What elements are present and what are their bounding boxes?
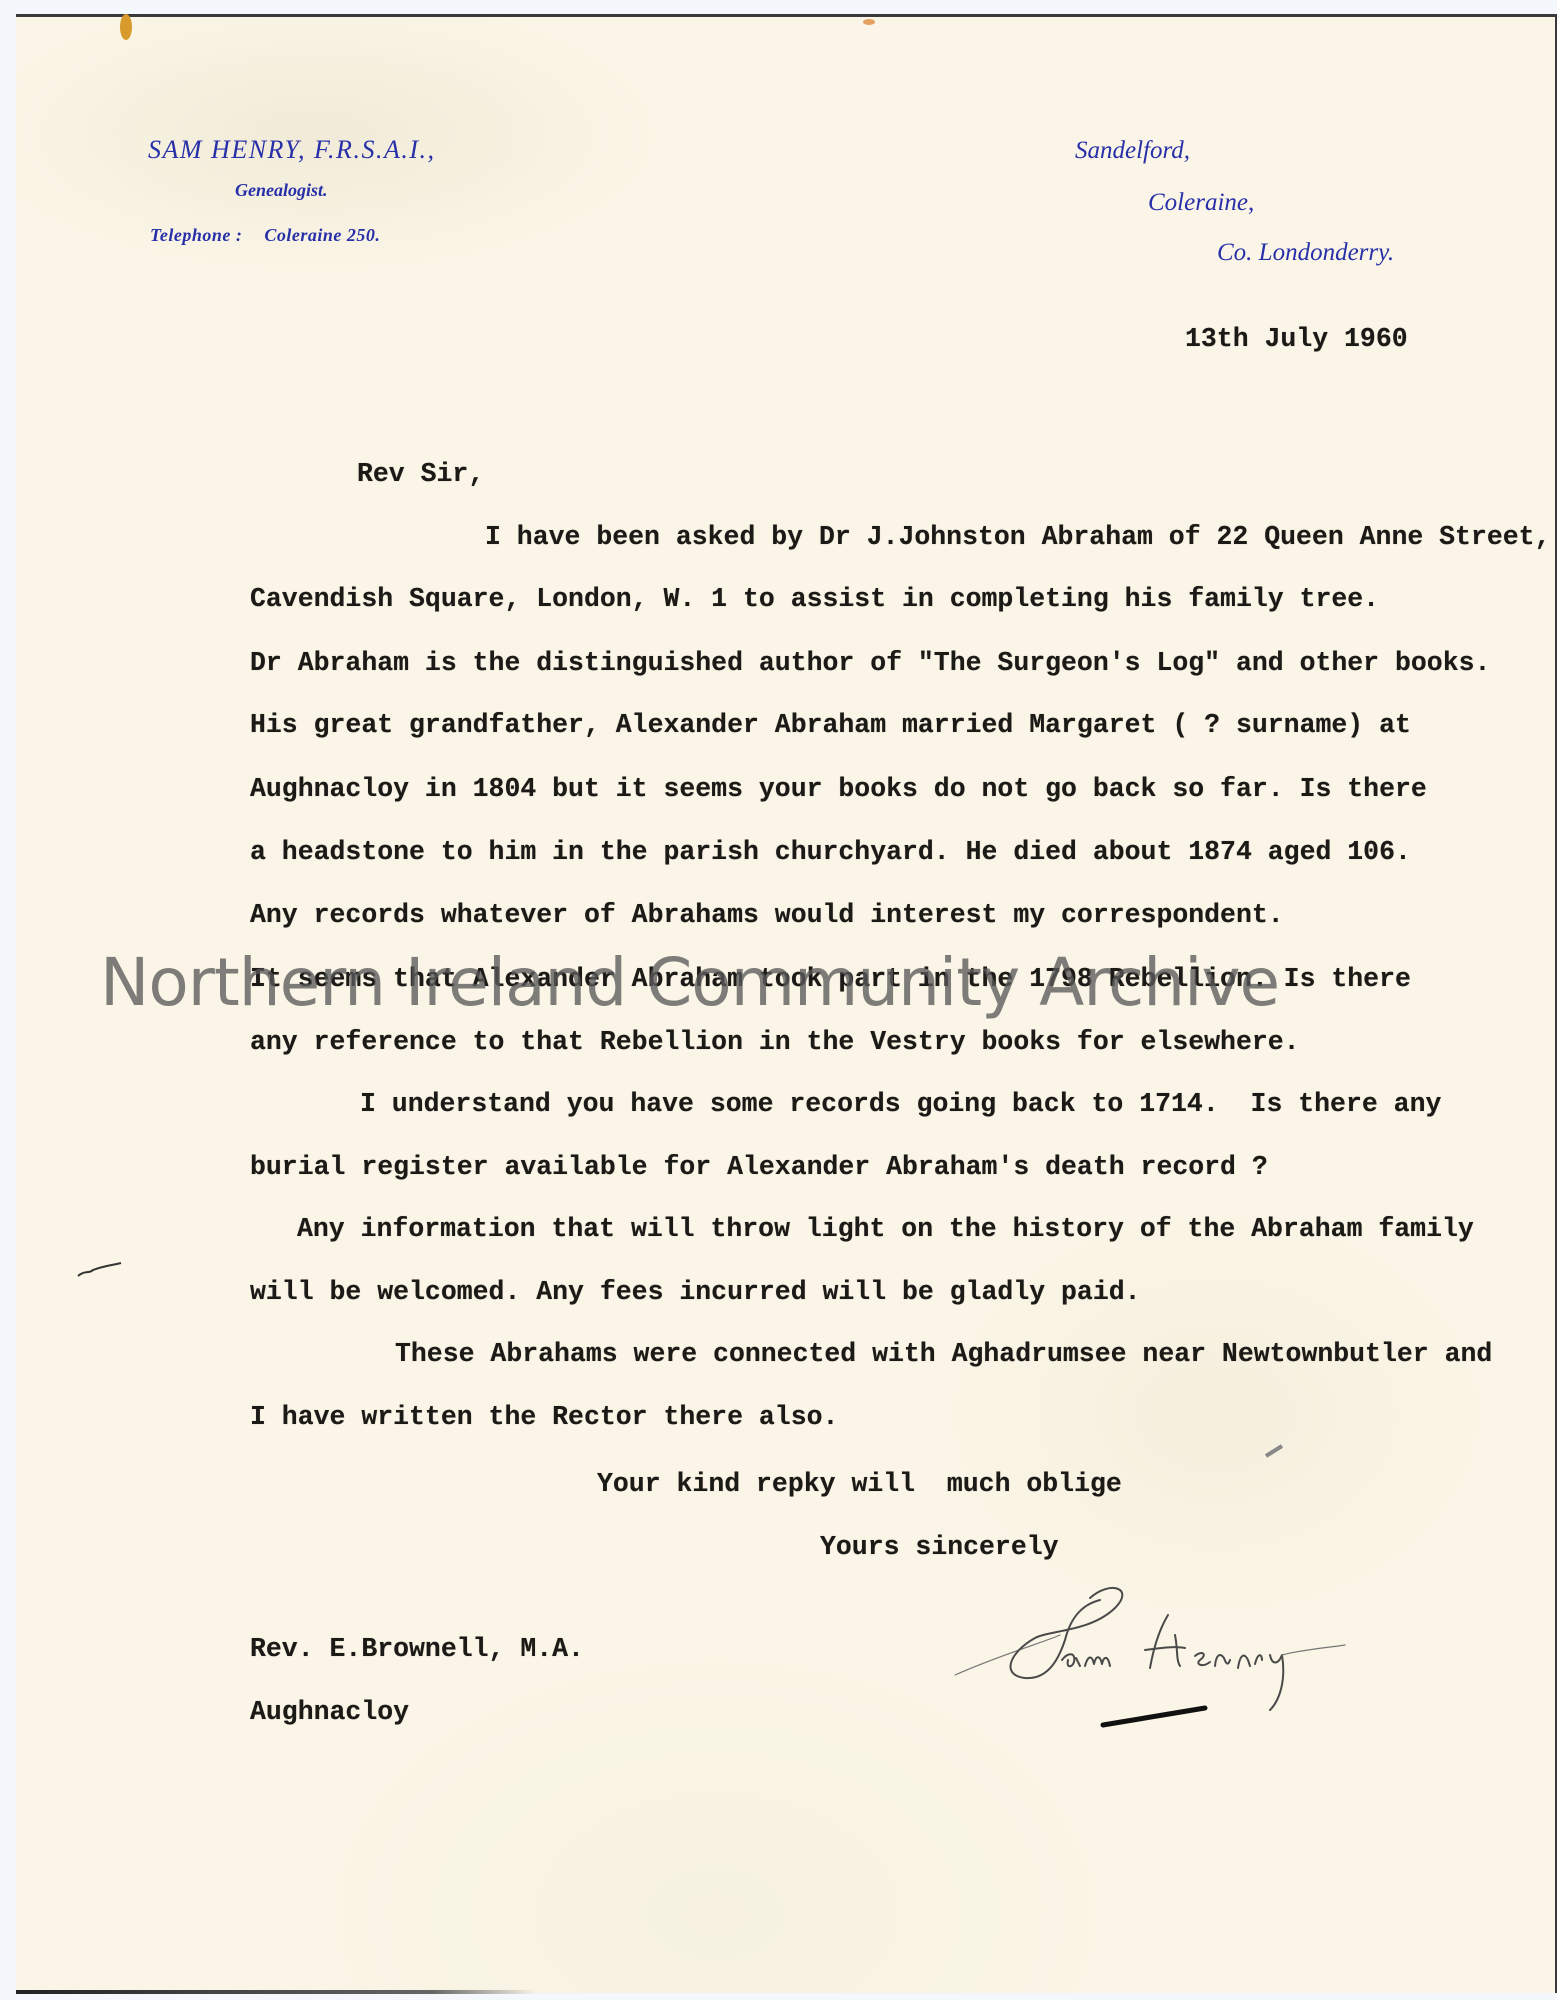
- body-line: Aughnacloy in 1804 but it seems your boo…: [250, 776, 1427, 803]
- letter-date: 13th July 1960: [1185, 326, 1408, 353]
- body-line: Any records whatever of Abrahams would i…: [250, 902, 1284, 929]
- letterhead-telephone: Telephone :Coleraine 250.: [150, 226, 380, 244]
- body-line: a headstone to him in the parish churchy…: [250, 839, 1411, 866]
- letterhead-role: Genealogist.: [235, 181, 328, 199]
- body-line: Cavendish Square, London, W. 1 to assist…: [250, 586, 1379, 613]
- stray-pen-mark: [75, 1262, 125, 1282]
- rust-stain-small: [863, 19, 875, 25]
- body-line: Any information that will throw light on…: [297, 1216, 1474, 1243]
- body-line: Dr Abraham is the distinguished author o…: [250, 650, 1490, 677]
- address-line-3: Co. Londonderry.: [1217, 240, 1394, 265]
- telephone-value: Coleraine 250.: [264, 225, 380, 245]
- signature-icon: [940, 1560, 1360, 1760]
- address-line-2: Coleraine,: [1148, 190, 1254, 215]
- telephone-label: Telephone :: [150, 225, 242, 245]
- body-line: It seems that Alexander Abraham took par…: [250, 966, 1411, 993]
- recipient-name: Rev. E.Brownell, M.A.: [250, 1636, 584, 1663]
- stray-ink-mark: [1264, 1442, 1286, 1460]
- body-line: These Abrahams were connected with Aghad…: [395, 1341, 1492, 1368]
- rust-stain: [120, 14, 132, 40]
- letterhead-name: SAM HENRY, F.R.S.A.I.,: [148, 137, 435, 163]
- body-line: I have written the Rector there also.: [250, 1404, 838, 1431]
- body-line: will be welcomed. Any fees incurred will…: [250, 1279, 1141, 1306]
- recipient-place: Aughnacloy: [250, 1699, 409, 1726]
- valediction: Yours sincerely: [820, 1534, 1059, 1561]
- body-line: any reference to that Rebellion in the V…: [250, 1029, 1300, 1056]
- body-line: His great grandfather, Alexander Abraham…: [250, 712, 1411, 739]
- paper-edge-shadow: [16, 1990, 536, 1994]
- body-line: I understand you have some records going…: [360, 1091, 1441, 1118]
- address-line-1: Sandelford,: [1075, 138, 1190, 163]
- salutation: Rev Sir,: [357, 461, 484, 488]
- body-line: I have been asked by Dr J.Johnston Abrah…: [485, 524, 1550, 551]
- closing-line: Your kind repky will much oblige: [597, 1471, 1122, 1498]
- body-line: burial register available for Alexander …: [250, 1154, 1268, 1181]
